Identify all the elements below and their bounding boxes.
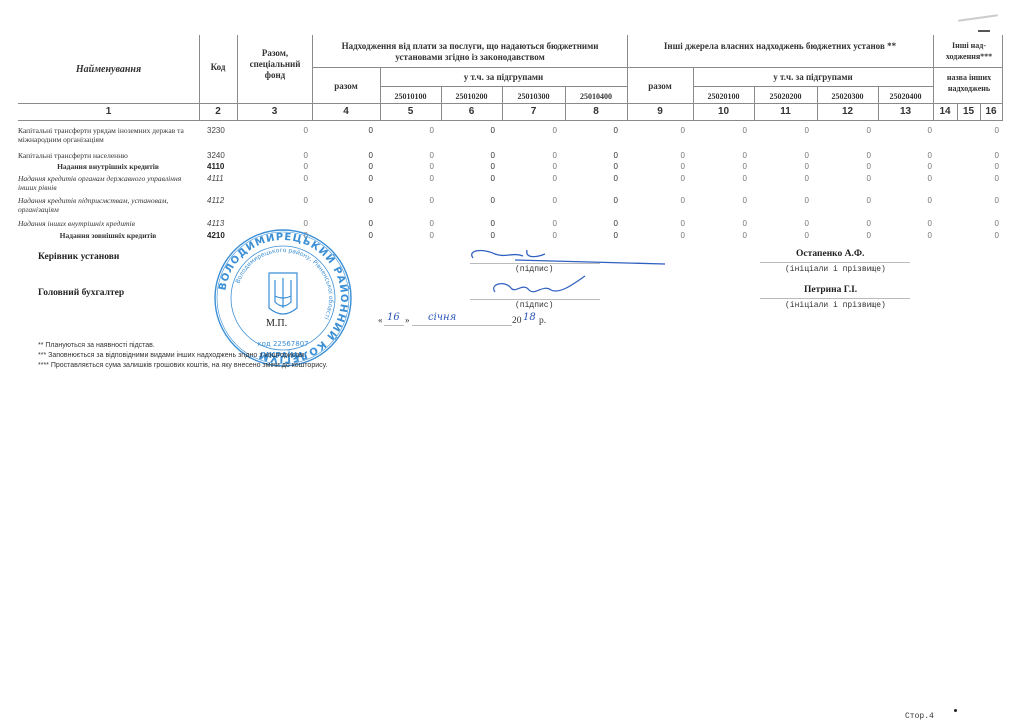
table-cell: 0 xyxy=(288,162,308,171)
seal-mark: М.П. xyxy=(266,318,287,329)
table-cell: 0 xyxy=(727,126,747,135)
table-cell: 0 xyxy=(727,231,747,240)
table-cell: 0 xyxy=(288,196,308,205)
table-cell: 0 xyxy=(789,162,809,171)
header-group1-title: Надходження від плати за послуги, що над… xyxy=(330,41,610,63)
table-cell: 0 xyxy=(353,151,373,160)
table-cell: 0 xyxy=(665,126,685,135)
table-cell: 0 xyxy=(537,174,557,183)
col-number: 1 xyxy=(18,106,199,117)
date-open-quote: « xyxy=(378,315,383,325)
col-number: 7 xyxy=(502,106,565,117)
table-cell: 0 xyxy=(598,151,618,160)
table-cell: 0 xyxy=(727,162,747,171)
header-g2-total: разом xyxy=(627,81,693,92)
table-cell: 0 xyxy=(727,151,747,160)
header-g1-code: 25010100 xyxy=(380,91,441,102)
table-cell: 0 xyxy=(851,126,871,135)
row-label: Надання кредитів органам державного упра… xyxy=(18,174,198,192)
table-cell: 0 xyxy=(414,151,434,160)
accountant-signature-caption: (підпис) xyxy=(515,301,553,310)
accountant-name: Петрина Г.І. xyxy=(804,285,857,295)
header-name: Найменування xyxy=(18,64,199,75)
date-year-suffix: 18 xyxy=(523,312,536,323)
table-cell: 0 xyxy=(912,219,932,228)
head-name: Остапенко А.Ф. xyxy=(796,249,864,259)
table-cell: 0 xyxy=(537,151,557,160)
row-label: Надання кредитів підприємствам, установа… xyxy=(18,196,198,214)
col-number: 9 xyxy=(627,106,693,117)
table-cell: 0 xyxy=(851,219,871,228)
col-number: 10 xyxy=(693,106,754,117)
row-label: Капітальні трансферти урядам іноземних д… xyxy=(18,126,198,144)
row-label: Надання інших внутрішніх кредитів xyxy=(18,219,198,228)
table-cell: 0 xyxy=(598,196,618,205)
date-tail: р. xyxy=(539,316,546,326)
table-cell: 0 xyxy=(537,219,557,228)
row-label: Надання зовнішніх кредитів xyxy=(18,231,198,240)
table-cell: 0 xyxy=(851,231,871,240)
col-number: 4 xyxy=(312,106,380,117)
table-cell: 0 xyxy=(353,126,373,135)
table-cell: 0 xyxy=(353,174,373,183)
table-cell: 0 xyxy=(665,162,685,171)
table-cell: 0 xyxy=(979,162,999,171)
table-cell: 0 xyxy=(475,231,495,240)
table-cell: 0 xyxy=(979,219,999,228)
table-cell: 0 xyxy=(353,196,373,205)
table-cell: 0 xyxy=(475,174,495,183)
table-cell: 0 xyxy=(912,196,932,205)
table-cell: 0 xyxy=(665,231,685,240)
table-cell: 0 xyxy=(598,126,618,135)
col-number: 15 xyxy=(957,106,980,117)
head-signature-caption: (підпис) xyxy=(515,265,553,274)
table-cell: 0 xyxy=(288,126,308,135)
footnote: *** Заповнюється за відповідними видами … xyxy=(38,352,306,359)
row-code: 4111 xyxy=(207,174,224,183)
table-cell: 0 xyxy=(665,219,685,228)
col-number: 14 xyxy=(933,106,957,117)
page-number: Стор.4 xyxy=(905,712,934,721)
header-total-special-fund: Разом, спеціальний фонд xyxy=(244,48,306,81)
table-cell: 0 xyxy=(537,162,557,171)
table-cell: 0 xyxy=(979,126,999,135)
col-number: 12 xyxy=(817,106,878,117)
table-cell: 0 xyxy=(414,126,434,135)
table-cell: 0 xyxy=(537,126,557,135)
table-cell: 0 xyxy=(475,219,495,228)
scan-mark xyxy=(978,30,990,32)
table-cell: 0 xyxy=(912,162,932,171)
table-cell: 0 xyxy=(475,196,495,205)
table-cell: 0 xyxy=(912,174,932,183)
table-cell: 0 xyxy=(851,162,871,171)
date-close-quote: » xyxy=(405,315,410,325)
table-cell: 0 xyxy=(598,174,618,183)
row-code: 4112 xyxy=(207,196,224,205)
header-code: Код xyxy=(199,62,237,73)
table-cell: 0 xyxy=(598,219,618,228)
header-g2-code: 25020200 xyxy=(754,91,817,102)
header-g1-total: разом xyxy=(312,81,380,92)
table-cell: 0 xyxy=(288,219,308,228)
header-g2-code: 25020400 xyxy=(878,91,933,102)
table-cell: 0 xyxy=(727,174,747,183)
table-cell: 0 xyxy=(727,219,747,228)
table-cell: 0 xyxy=(414,219,434,228)
svg-text:код 22567807: код 22567807 xyxy=(257,340,308,348)
date-month: січня xyxy=(428,312,456,323)
official-stamp: ВОЛОДИМИРЕЦЬКИЙ РАЙОННИЙ КОЛЕГІУМ Володи… xyxy=(213,228,353,368)
table-cell: 0 xyxy=(598,231,618,240)
header-g2-subgroups: у т.ч. за підгрупами xyxy=(693,72,933,83)
table-cell: 0 xyxy=(288,174,308,183)
scan-mark xyxy=(958,14,998,22)
table-cell: 0 xyxy=(414,231,434,240)
table-cell: 0 xyxy=(537,196,557,205)
table-cell: 0 xyxy=(912,126,932,135)
row-code: 4113 xyxy=(207,219,224,228)
table-cell: 0 xyxy=(475,162,495,171)
table-cell: 0 xyxy=(912,231,932,240)
header-g2-code: 25020100 xyxy=(693,91,754,102)
header-group2-title: Інші джерела власних надходжень бюджетни… xyxy=(640,41,920,52)
table-cell: 0 xyxy=(789,126,809,135)
row-code: 3230 xyxy=(207,126,225,135)
table-cell: 0 xyxy=(665,196,685,205)
header-g1-code: 25010200 xyxy=(441,91,502,102)
header-group3-title: Інші над-ходження*** xyxy=(938,40,1000,62)
scan-mark xyxy=(954,709,957,712)
col-number: 13 xyxy=(878,106,933,117)
row-code: 4110 xyxy=(207,162,224,171)
col-number: 3 xyxy=(237,106,312,117)
row-code: 3240 xyxy=(207,151,225,160)
table-cell: 0 xyxy=(353,219,373,228)
table-cell: 0 xyxy=(851,196,871,205)
col-number: 2 xyxy=(199,106,237,117)
table-cell: 0 xyxy=(598,162,618,171)
table-cell: 0 xyxy=(475,126,495,135)
col-number: 6 xyxy=(441,106,502,117)
row-label: Капітальні трансферти населенню xyxy=(18,151,198,160)
head-signature-icon xyxy=(465,244,675,268)
table-cell: 0 xyxy=(475,151,495,160)
footnote: ** Плануються за наявності підстав. xyxy=(38,342,155,349)
table-cell: 0 xyxy=(414,196,434,205)
col-number: 16 xyxy=(980,106,1002,117)
table-cell: 0 xyxy=(414,174,434,183)
table-cell: 0 xyxy=(912,151,932,160)
table-cell: 0 xyxy=(665,174,685,183)
accountant-initials-caption: (ініціали і прізвище) xyxy=(785,301,886,310)
head-title: Керівник установи xyxy=(38,252,119,262)
row-label: Надання внутрішніх кредитів xyxy=(18,162,198,171)
table-cell: 0 xyxy=(353,162,373,171)
table-cell: 0 xyxy=(665,151,685,160)
accountant-signature-icon xyxy=(485,274,595,300)
date-year-prefix: 20 xyxy=(512,316,522,326)
table-cell: 0 xyxy=(353,231,373,240)
date-day: 16 xyxy=(387,312,400,323)
footnote: **** Проставляється сума залишків грошов… xyxy=(38,362,327,369)
header-group3-sub: назва інших надходжень xyxy=(936,72,1002,94)
table-cell: 0 xyxy=(789,219,809,228)
table-cell: 0 xyxy=(979,231,999,240)
table-cell: 0 xyxy=(789,196,809,205)
table-cell: 0 xyxy=(789,151,809,160)
table-cell: 0 xyxy=(414,162,434,171)
table-cell: 0 xyxy=(789,174,809,183)
header-g1-code: 25010400 xyxy=(565,91,627,102)
table-cell: 0 xyxy=(727,196,747,205)
table-cell: 0 xyxy=(288,151,308,160)
accountant-title: Головний бухгалтер xyxy=(38,288,124,298)
table-cell: 0 xyxy=(851,174,871,183)
table-cell: 0 xyxy=(979,151,999,160)
head-initials-caption: (ініціали і прізвище) xyxy=(785,265,886,274)
table-cell: 0 xyxy=(789,231,809,240)
col-number: 5 xyxy=(380,106,441,117)
table-cell: 0 xyxy=(537,231,557,240)
col-number: 11 xyxy=(754,106,817,117)
table-cell: 0 xyxy=(979,196,999,205)
header-g1-subgroups: у т.ч. за підгрупами xyxy=(380,72,627,83)
col-number: 8 xyxy=(565,106,627,117)
table-cell: 0 xyxy=(851,151,871,160)
header-g1-code: 25010300 xyxy=(502,91,565,102)
table-cell: 0 xyxy=(979,174,999,183)
header-g2-code: 25020300 xyxy=(817,91,878,102)
